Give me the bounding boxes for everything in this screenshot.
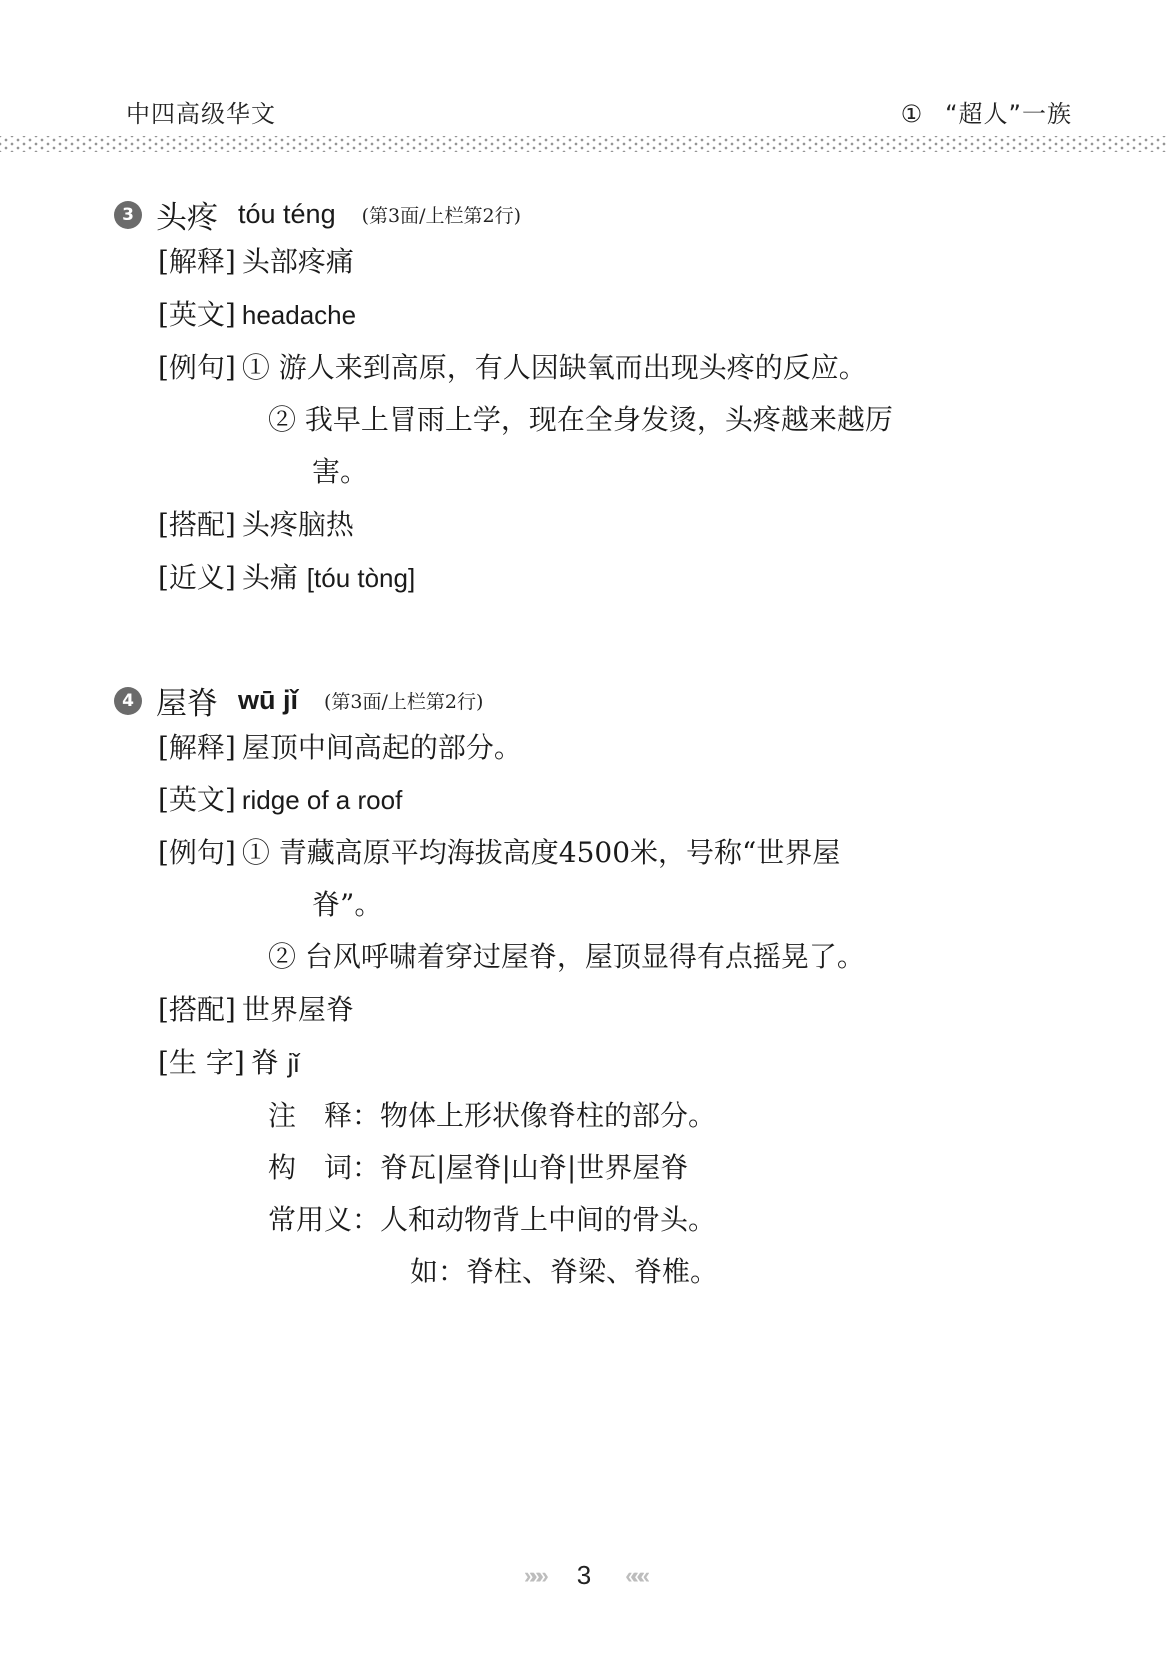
entry-heading: 4 屋脊 wū jǐ (第3面/上栏第2行) xyxy=(114,678,483,723)
char-words-row: 构 词：脊瓦|屋脊|山脊|世界屋脊 xyxy=(268,1148,688,1188)
english-row: [英文]ridge of a roof xyxy=(158,780,402,820)
collocation-tag: [搭配] xyxy=(158,993,236,1026)
headword: 屋脊 xyxy=(156,678,218,723)
entry-heading: 3 头疼 tóu téng (第3面/上栏第2行) xyxy=(114,192,521,237)
lesson-number: ① xyxy=(901,100,924,128)
example-row: ② 我早上冒雨上学，现在全身发烫，头疼越来越厉 xyxy=(268,400,893,440)
page-reference: (第3面/上栏第2行) xyxy=(362,201,521,228)
char-common-label: 常用义： xyxy=(268,1203,380,1236)
collocation-row: [搭配]头疼脑热 xyxy=(158,505,354,545)
collocation-text: 世界屋脊 xyxy=(242,993,354,1026)
char-common-text: 人和动物背上中间的骨头。 xyxy=(380,1203,716,1236)
new-char-pinyin: jǐ xyxy=(288,1048,300,1078)
examples-tag: [例句] xyxy=(158,351,236,384)
english-text: ridge of a roof xyxy=(242,785,402,815)
headword-pinyin: tóu téng xyxy=(238,199,336,230)
example-marker: ② xyxy=(268,403,296,436)
entry-number-badge: 3 xyxy=(114,201,142,229)
english-row: [英文]headache xyxy=(158,295,356,335)
headword: 头疼 xyxy=(156,192,218,237)
collocation-tag: [搭配] xyxy=(158,508,236,541)
page-number: 3 xyxy=(577,1560,591,1591)
example-row: [例句]① 游人来到高原，有人因缺氧而出现头疼的反应。 xyxy=(158,348,867,388)
example-text: 我早上冒雨上学，现在全身发烫，头疼越来越厉 xyxy=(305,403,893,436)
new-char-row: [生 字]脊 jǐ xyxy=(158,1043,299,1083)
explanation-row: [解释]屋顶中间高起的部分。 xyxy=(158,728,522,768)
char-words-label: 构 词： xyxy=(268,1151,380,1184)
new-char: 脊 xyxy=(251,1046,279,1079)
example-row: ② 台风呼啸着穿过屋脊，屋顶显得有点摇晃了。 xyxy=(268,937,865,977)
headword-pinyin: wū jǐ xyxy=(238,685,298,716)
explanation-text: 头部疼痛 xyxy=(242,245,354,278)
char-common-row: 常用义：人和动物背上中间的骨头。 xyxy=(268,1200,716,1240)
english-text: headache xyxy=(242,300,356,330)
english-tag: [英文] xyxy=(158,783,236,816)
example-continuation: 害。 xyxy=(312,452,368,492)
example-marker: ① xyxy=(242,351,270,384)
example-text: 台风呼啸着穿过屋脊，屋顶显得有点摇晃了。 xyxy=(305,940,865,973)
chevron-left-ornament-icon: ««« xyxy=(625,1563,644,1589)
synonym-pinyin: [tóu tòng] xyxy=(307,563,415,593)
char-words-text: 脊瓦|屋脊|山脊|世界屋脊 xyxy=(380,1151,688,1184)
collocation-text: 头疼脑热 xyxy=(242,508,354,541)
explanation-tag: [解释] xyxy=(158,731,236,764)
example-text: 青藏高原平均海拔高度4500米，号称“世界屋 xyxy=(279,836,841,869)
chevron-right-ornament-icon: »»» xyxy=(524,1563,543,1589)
dotted-divider xyxy=(0,136,1168,152)
synonym-tag: [近义] xyxy=(158,561,236,594)
lesson-title: “超人”一族 xyxy=(945,100,1072,128)
explanation-row: [解释]头部疼痛 xyxy=(158,242,354,282)
new-char-tag: [生 字] xyxy=(158,1046,245,1079)
char-note-label: 注 释： xyxy=(268,1099,380,1132)
collocation-row: [搭配]世界屋脊 xyxy=(158,990,354,1030)
example-marker: ② xyxy=(268,940,296,973)
char-note-row: 注 释：物体上形状像脊柱的部分。 xyxy=(268,1096,716,1136)
synonym-row: [近义]头痛 [tóu tòng] xyxy=(158,558,415,598)
example-text: 游人来到高原，有人因缺氧而出现头疼的反应。 xyxy=(279,351,867,384)
example-continuation: 脊”。 xyxy=(312,885,382,925)
explanation-tag: [解释] xyxy=(158,245,236,278)
char-example-text: 脊柱、脊梁、脊椎。 xyxy=(466,1255,718,1288)
lesson-header: ①“超人”一族 xyxy=(901,94,1072,129)
explanation-text: 屋顶中间高起的部分。 xyxy=(242,731,522,764)
page-reference: (第3面/上栏第2行) xyxy=(324,687,483,714)
example-row: [例句]① 青藏高原平均海拔高度4500米，号称“世界屋 xyxy=(158,833,840,873)
example-marker: ① xyxy=(242,836,270,869)
examples-tag: [例句] xyxy=(158,836,236,869)
char-note-text: 物体上形状像脊柱的部分。 xyxy=(380,1099,716,1132)
char-example-row: 如：脊柱、脊梁、脊椎。 xyxy=(410,1252,718,1292)
page-footer: »»» 3 ««« xyxy=(0,1560,1168,1591)
english-tag: [英文] xyxy=(158,298,236,331)
entry-number-badge: 4 xyxy=(114,687,142,715)
char-example-label: 如： xyxy=(410,1255,466,1288)
synonym-text: 头痛 xyxy=(242,561,298,594)
book-title: 中四高级华文 xyxy=(126,94,276,129)
